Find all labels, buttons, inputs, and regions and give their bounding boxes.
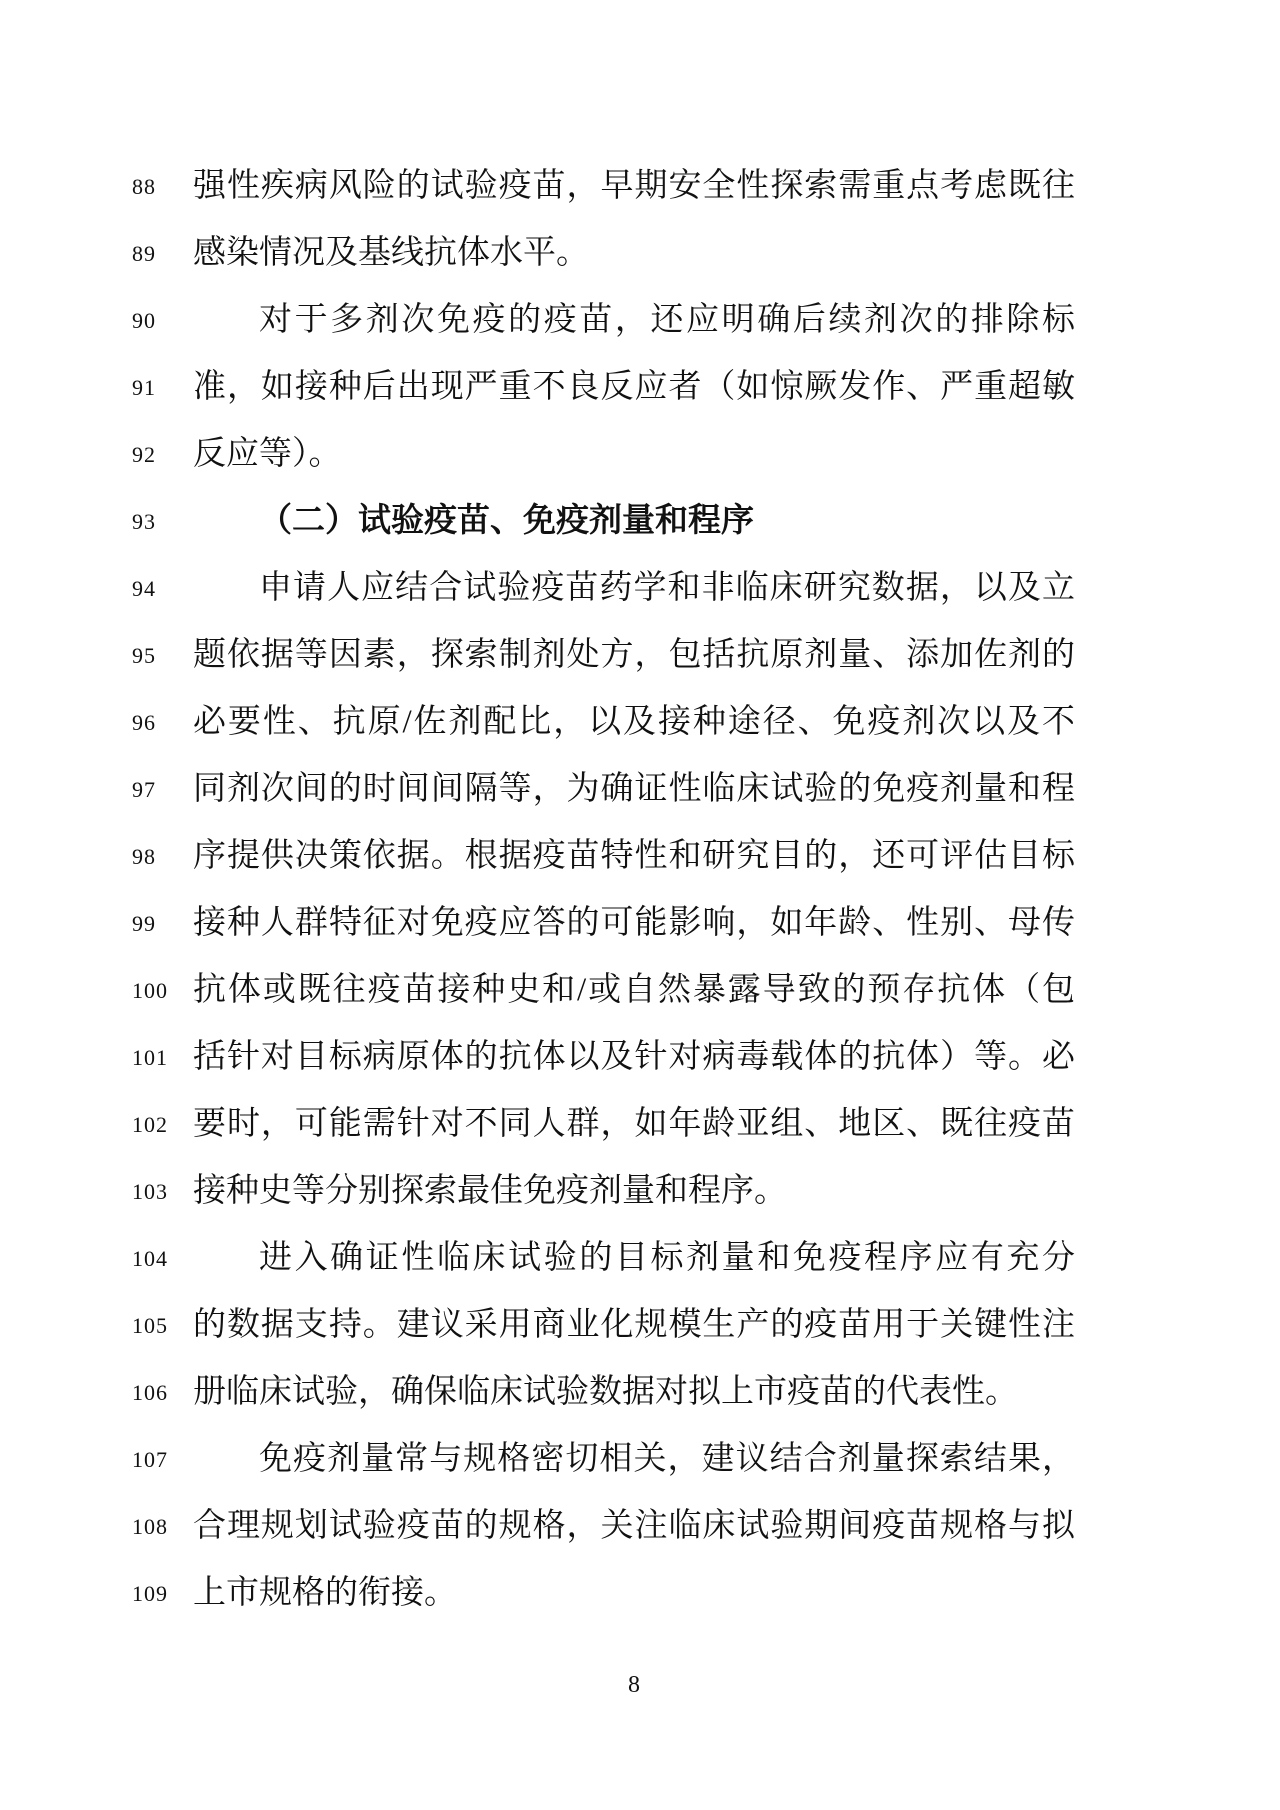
line-text: 接种人群特征对免疫应答的可能影响，如年龄、性别、母传 [193,890,1075,957]
line-text: 准，如接种后出现严重不良反应者（如惊厥发作、严重超敏 [193,354,1075,421]
line-text: 强性疾病风险的试验疫苗，早期安全性探索需重点考虑既往 [193,153,1075,220]
document-line: 103 接种史等分别探索最佳免疫剂量和程序。 [0,1158,1280,1225]
line-text: 对于多剂次免疫的疫苗，还应明确后续剂次的排除标 [193,287,1075,354]
line-text: 接种史等分别探索最佳免疫剂量和程序。 [193,1158,1075,1225]
line-number: 97 [132,756,156,823]
page-number: 8 [628,1672,640,1698]
line-text: 申请人应结合试验疫苗药学和非临床研究数据，以及立 [193,555,1075,622]
line-number: 99 [132,890,156,957]
line-number: 95 [132,622,156,689]
line-number: 91 [132,354,156,421]
line-number: 103 [132,1158,168,1225]
line-number: 109 [132,1560,168,1627]
line-number: 90 [132,287,156,354]
line-text: 要时，可能需针对不同人群，如年龄亚组、地区、既往疫苗 [193,1091,1075,1158]
document-line: 109 上市规格的衔接。 [0,1560,1280,1627]
document-line: 99 接种人群特征对免疫应答的可能影响，如年龄、性别、母传 [0,890,1280,957]
line-text: 抗体或既往疫苗接种史和/或自然暴露导致的预存抗体（包 [193,957,1075,1024]
line-number: 101 [132,1024,168,1091]
line-number: 107 [132,1426,168,1493]
document-line: 93 （二）试验疫苗、免疫剂量和程序 [0,488,1280,555]
line-text: （二）试验疫苗、免疫剂量和程序 [193,488,1075,555]
line-text: 括针对目标病原体的抗体以及针对病毒载体的抗体）等。必 [193,1024,1075,1091]
line-number: 94 [132,555,156,622]
line-text: 同剂次间的时间间隔等，为确证性临床试验的免疫剂量和程 [193,756,1075,823]
document-line: 100 抗体或既往疫苗接种史和/或自然暴露导致的预存抗体（包 [0,957,1280,1024]
line-number: 108 [132,1493,168,1560]
line-text: 必要性、抗原/佐剂配比，以及接种途径、免疫剂次以及不 [193,689,1075,756]
line-text: 免疫剂量常与规格密切相关，建议结合剂量探索结果， [193,1426,1075,1493]
document-line: 106 册临床试验，确保临床试验数据对拟上市疫苗的代表性。 [0,1359,1280,1426]
page-footer: 8 [193,1672,1075,1699]
line-number: 102 [132,1091,168,1158]
line-number: 105 [132,1292,168,1359]
document-line: 108 合理规划试验疫苗的规格，关注临床试验期间疫苗规格与拟 [0,1493,1280,1560]
line-number: 92 [132,421,156,488]
line-number: 88 [132,153,156,220]
line-number: 106 [132,1359,168,1426]
line-text: 上市规格的衔接。 [193,1560,1075,1627]
line-number: 89 [132,220,156,287]
line-text: 感染情况及基线抗体水平。 [193,220,1075,287]
line-text: 进入确证性临床试验的目标剂量和免疫程序应有充分 [193,1225,1075,1292]
document-line: 90 对于多剂次免疫的疫苗，还应明确后续剂次的排除标 [0,287,1280,354]
line-number: 100 [132,957,168,1024]
line-text: 题依据等因素，探索制剂处方，包括抗原剂量、添加佐剂的 [193,622,1075,689]
line-number: 93 [132,488,156,555]
line-number: 98 [132,823,156,890]
document-body: 88 强性疾病风险的试验疫苗，早期安全性探索需重点考虑既往 89 感染情况及基线… [0,153,1280,1627]
line-number: 104 [132,1225,168,1292]
document-line: 92 反应等）。 [0,421,1280,488]
document-page: 88 强性疾病风险的试验疫苗，早期安全性探索需重点考虑既往 89 感染情况及基线… [0,0,1280,1810]
document-line: 89 感染情况及基线抗体水平。 [0,220,1280,287]
document-line: 96 必要性、抗原/佐剂配比，以及接种途径、免疫剂次以及不 [0,689,1280,756]
line-text: 反应等）。 [193,421,1075,488]
line-number: 96 [132,689,156,756]
document-line: 105 的数据支持。建议采用商业化规模生产的疫苗用于关键性注 [0,1292,1280,1359]
document-line: 95 题依据等因素，探索制剂处方，包括抗原剂量、添加佐剂的 [0,622,1280,689]
line-text: 的数据支持。建议采用商业化规模生产的疫苗用于关键性注 [193,1292,1075,1359]
document-line: 104 进入确证性临床试验的目标剂量和免疫程序应有充分 [0,1225,1280,1292]
document-line: 107 免疫剂量常与规格密切相关，建议结合剂量探索结果， [0,1426,1280,1493]
document-line: 98 序提供决策依据。根据疫苗特性和研究目的，还可评估目标 [0,823,1280,890]
document-line: 97 同剂次间的时间间隔等，为确证性临床试验的免疫剂量和程 [0,756,1280,823]
document-line: 101 括针对目标病原体的抗体以及针对病毒载体的抗体）等。必 [0,1024,1280,1091]
document-line: 94 申请人应结合试验疫苗药学和非临床研究数据，以及立 [0,555,1280,622]
line-text: 合理规划试验疫苗的规格，关注临床试验期间疫苗规格与拟 [193,1493,1075,1560]
document-line: 88 强性疾病风险的试验疫苗，早期安全性探索需重点考虑既往 [0,153,1280,220]
document-line: 91 准，如接种后出现严重不良反应者（如惊厥发作、严重超敏 [0,354,1280,421]
document-line: 102 要时，可能需针对不同人群，如年龄亚组、地区、既往疫苗 [0,1091,1280,1158]
line-text: 册临床试验，确保临床试验数据对拟上市疫苗的代表性。 [193,1359,1075,1426]
line-text: 序提供决策依据。根据疫苗特性和研究目的，还可评估目标 [193,823,1075,890]
